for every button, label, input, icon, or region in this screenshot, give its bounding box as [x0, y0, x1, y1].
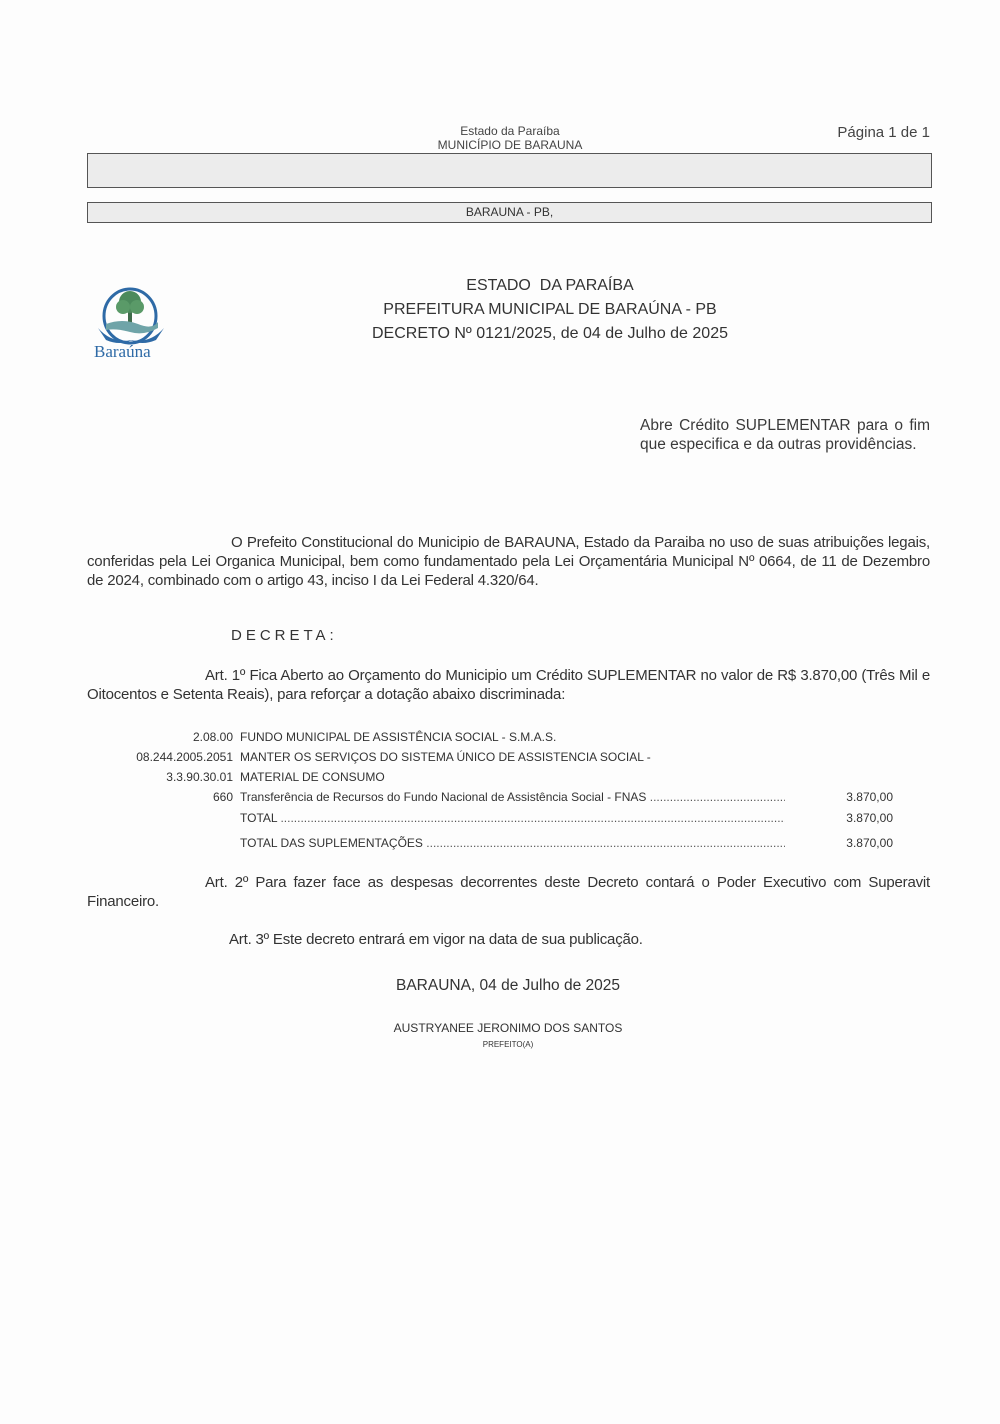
budget-row: 2.08.00 FUNDO MUNICIPAL DE ASSISTÊNCIA S…: [87, 730, 930, 750]
article-2: Art. 2º Para fazer face as despesas deco…: [87, 873, 930, 911]
total-value: 3.870,00: [846, 811, 893, 825]
logo-text: Baraúna: [94, 342, 151, 362]
budget-description: MANTER OS SERVIÇOS DO SISTEMA ÚNICO DE A…: [240, 750, 651, 764]
budget-row: 660 Transferência de Recursos do Fundo N…: [87, 790, 930, 811]
budget-grand-total-row: TOTAL DAS SUPLEMENTAÇÕES 3.870,00: [87, 836, 930, 857]
total-leader: TOTAL: [240, 811, 785, 825]
grand-total-label: TOTAL DAS SUPLEMENTAÇÕES: [240, 836, 423, 850]
ementa: Abre Crédito SUPLEMENTAR para o fim que …: [640, 416, 930, 454]
signatory-name: AUSTRYANEE JERONIMO DOS SANTOS: [0, 1021, 1000, 1035]
budget-code: 660: [213, 790, 233, 804]
grand-total-value: 3.870,00: [846, 836, 893, 850]
header-empty-box: [87, 153, 932, 188]
budget-code: 3.3.90.30.01: [166, 770, 233, 784]
budget-row: 08.244.2005.2051 MANTER OS SERVIÇOS DO S…: [87, 750, 930, 770]
budget-description: FUNDO MUNICIPAL DE ASSISTÊNCIA SOCIAL - …: [240, 730, 556, 744]
signatory-role: PREFEITO(A): [0, 1040, 1000, 1049]
article-3: Art. 3º Este decreto entrará em vigor na…: [87, 930, 930, 949]
title-prefeitura: PREFEITURA MUNICIPAL DE BARAÚNA - PB: [340, 298, 760, 322]
total-label: TOTAL: [240, 811, 277, 825]
decreta-heading: DECRETA:: [231, 627, 338, 644]
page-indicator: Página 1 de 1: [837, 124, 930, 141]
article-1: Art. 1º Fica Aberto ao Orçamento do Muni…: [87, 666, 930, 704]
article-3-text: Art. 3º Este decreto entrará em vigor na…: [229, 931, 643, 948]
article-2-text: Art. 2º Para fazer face as despesas deco…: [87, 874, 930, 910]
budget-code: 08.244.2005.2051: [136, 750, 233, 764]
budget-table: 2.08.00 FUNDO MUNICIPAL DE ASSISTÊNCIA S…: [87, 730, 930, 857]
decree-page: Estado da Paraíba MUNICÍPIO DE BARAUNA P…: [0, 0, 1000, 1424]
title-decree-number: DECRETO Nº 0121/2025, de 04 de Julho de …: [340, 322, 760, 346]
budget-code: 2.08.00: [193, 730, 233, 744]
article-1-text: Art. 1º Fica Aberto ao Orçamento do Muni…: [87, 667, 930, 703]
budget-description: MATERIAL DE CONSUMO: [240, 770, 385, 784]
title-state: ESTADO DA PARAÍBA: [340, 274, 760, 298]
preamble-text: O Prefeito Constitucional do Municipio d…: [87, 534, 930, 589]
place-date: BARAUNA, 04 de Julho de 2025: [0, 977, 1000, 995]
budget-value: 3.870,00: [846, 790, 893, 804]
budget-description-leader: Transferência de Recursos do Fundo Nacio…: [240, 790, 785, 804]
budget-total-row: TOTAL 3.870,00: [87, 811, 930, 832]
preamble: O Prefeito Constitucional do Municipio d…: [87, 533, 930, 590]
budget-description: Transferência de Recursos do Fundo Nacio…: [240, 790, 646, 804]
header-location-box: BARAUNA - PB,: [87, 202, 932, 223]
grand-total-leader: TOTAL DAS SUPLEMENTAÇÕES: [240, 836, 785, 850]
budget-row: 3.3.90.30.01 MATERIAL DE CONSUMO: [87, 770, 930, 790]
decree-title: ESTADO DA PARAÍBA PREFEITURA MUNICIPAL D…: [340, 274, 760, 346]
